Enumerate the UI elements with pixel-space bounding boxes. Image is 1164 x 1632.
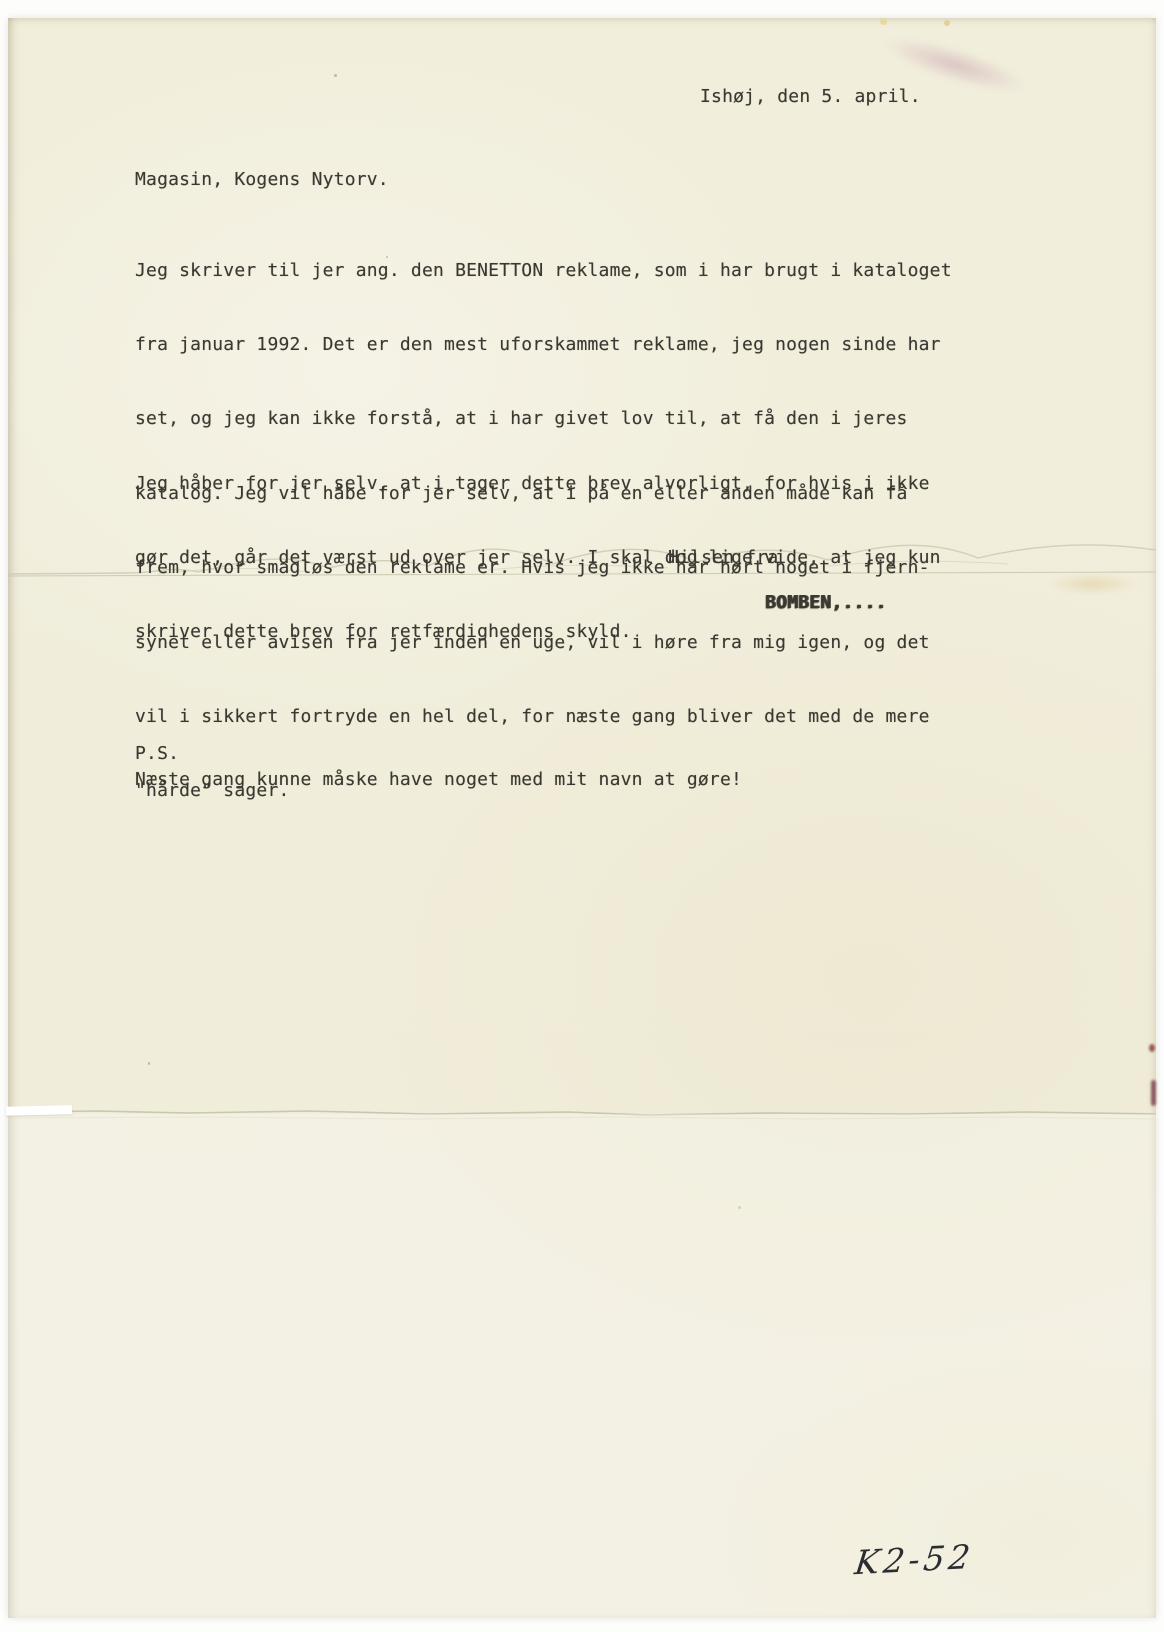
paper-speck — [148, 1062, 150, 1065]
yellow-stain — [1048, 573, 1138, 595]
postscript-label: P.S. — [135, 742, 179, 767]
paper-speck — [334, 74, 337, 77]
fold-tear-highlight — [6, 1105, 72, 1115]
letter-page: Ishøj, den 5. april. Magasin, Kogens Nyt… — [8, 18, 1156, 1618]
paragraph-line: fra januar 1992. Det er den mest uforska… — [135, 333, 952, 358]
body-paragraph-2: Jeg håber for jer selv, at i tager dette… — [135, 422, 941, 695]
scan-background: Ishøj, den 5. april. Magasin, Kogens Nyt… — [0, 0, 1164, 1632]
dateline: Ishøj, den 5. april. — [700, 85, 921, 110]
paper-spot — [880, 18, 887, 25]
fold-line — [8, 1100, 1156, 1130]
paper-spot — [944, 20, 950, 26]
recipient-line: Magasin, Kogens Nytorv. — [135, 168, 389, 193]
paragraph-line: vil i sikkert fortryde en hel del, for n… — [135, 705, 952, 730]
paragraph-line: Jeg skriver til jer ang. den BENETTON re… — [135, 259, 952, 284]
postscript-line: Næste gang kunne måske have noget med mi… — [135, 768, 742, 793]
lower-sheet-shading — [8, 1114, 1156, 1618]
paragraph-line: gør det, går det værst ud over jer selv.… — [135, 546, 941, 571]
signature: BOMBEN,.... — [765, 591, 886, 616]
paper-speck — [738, 1206, 741, 1209]
paragraph-line: skriver dette brev for retfærdighedens s… — [135, 620, 941, 645]
red-edge-mark — [1151, 1080, 1156, 1106]
archival-mark-handwritten: K2-52 — [853, 1537, 976, 1583]
red-edge-mark — [1149, 1044, 1155, 1052]
closing-salutation: Hilsen fra — [668, 546, 778, 571]
paragraph-line: Jeg håber for jer selv, at i tager dette… — [135, 472, 941, 497]
